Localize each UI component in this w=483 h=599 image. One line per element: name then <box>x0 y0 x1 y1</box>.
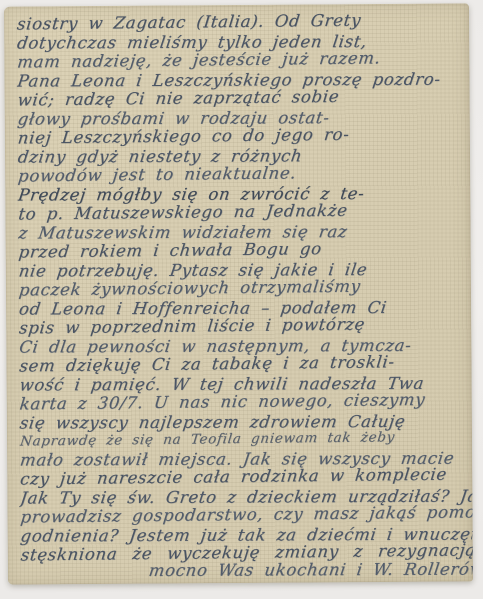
handwritten-line: mam nadzieję, że jesteście już razem. <box>16 47 470 71</box>
handwritten-line: siostry w Zagatac (Italia). Od Grety <box>16 9 470 33</box>
handwritten-line: Naprawdę że się na Teofila gniewam tak ż… <box>19 427 473 450</box>
handwritten-line: powodów jest to nieaktualne. <box>17 161 471 185</box>
handwritten-line: przed rokiem i chwała Bogu go <box>18 237 472 261</box>
handwritten-line: wić; radzę Ci nie zaprzątać sobie <box>17 85 471 109</box>
handwritten-line: to p. Matuszewskiego na Jednakże <box>17 199 471 223</box>
handwritten-line: sem dziękuję Ci za tabakę i za troskli- <box>18 351 472 375</box>
handwritten-text: siostry w Zagatac (Italia). Od Grety dot… <box>4 3 473 584</box>
handwritten-line: prowadzisz gospodarstwo, czy masz jakąś … <box>19 502 473 526</box>
handwritten-line: niej Leszczyńskiego co do jego ro- <box>17 123 471 147</box>
handwritten-line: paczek żywnościowych otrzymaliśmy <box>18 275 472 299</box>
handwritten-line: karta z 30/7. U nas nic nowego, cieszymy <box>19 389 473 413</box>
handwritten-line: spis w poprzednim liście i powtórzę <box>18 313 472 337</box>
scan-background: siostry w Zagatac (Italia). Od Grety dot… <box>0 0 483 599</box>
handwritten-line: mocno Was ukochani i W. Rollerów. M. <box>20 560 473 581</box>
handwritten-line: czy już nareszcie cała rodzinka w komple… <box>19 464 473 488</box>
letter-paper: siostry w Zagatac (Italia). Od Grety dot… <box>4 3 473 584</box>
